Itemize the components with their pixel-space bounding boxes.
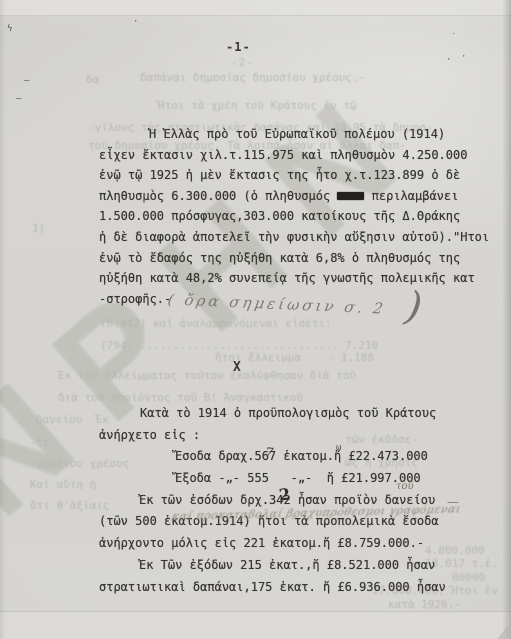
ink-speck: ˙ bbox=[451, 33, 456, 43]
bleedthrough-line: (6.442) καὶ ἀναλαμβανόμεναι εἰσέτι: bbox=[100, 317, 332, 330]
typewritten-line: πληθυσμὸς 6.300.000 (ὁ πληθυσμός περιλαμ… bbox=[99, 189, 479, 210]
ink-redaction-mark bbox=[337, 192, 364, 200]
typewritten-line: ἡ δὲ διαφορὰ ἀποτελεῖ τὴν φυσικὴν αὔξησι… bbox=[99, 230, 479, 251]
bleedthrough-line: Ἐκ τοῦ ἐλλείμματος τούτου ἐκαλύφθησαν δι… bbox=[58, 369, 356, 382]
typewritten-line: Ἔσοδα δραχ.567 ἑκατομ.ἤ £22.473.000 bbox=[99, 449, 479, 471]
bleedthrough-line: ὅτι θ'ἀξίαις bbox=[30, 499, 109, 512]
section-divider-mark: X bbox=[233, 360, 241, 375]
bleedthrough-line: Ἤτοι τὰ χρέη τοῦ Κράτους ἐν τῷ bbox=[158, 99, 357, 112]
ink-speck: · bbox=[461, 52, 466, 62]
bleedthrough-line: δα bbox=[86, 73, 99, 86]
ink-speck: ϟ bbox=[7, 24, 12, 34]
typewritten-line: Ἐκ Τῶν ἐξόδων 215 ἑκατ.,ἤ £8.521.000 ἦσα… bbox=[99, 558, 479, 580]
scan-bottom-edge bbox=[0, 611, 511, 639]
ink-speck: — bbox=[16, 94, 21, 104]
bleedthrough-line: διὰ τοῦ προϊόντος τοῦ Β! Ἀναγκαστικοῦ bbox=[58, 391, 303, 404]
typewritten-line: 1.500.000 πρόσφυγας,303.000 κατοίκους τῆ… bbox=[99, 209, 479, 230]
typewritten-line: Ἡ Ἑλλὰς πρὸ τοῦ Εὐρωπαϊκοῦ πολέμου (1914… bbox=[99, 127, 479, 148]
page-number-ghost: -2- bbox=[231, 56, 254, 69]
ink-speck: · bbox=[446, 55, 451, 65]
typewritten-line: Κατὰ τὸ 1914 ὁ προϋπολογισμὸς τοῦ Κράτου… bbox=[99, 406, 479, 428]
typewritten-line: ἐνῷ τῷ 1925 ἡ μὲν ἔκτασις της ἦτο χ.τ.12… bbox=[99, 168, 479, 189]
scan-top-edge bbox=[0, 0, 511, 16]
handwritten-digit-overstrike: 7 bbox=[264, 446, 274, 462]
ink-speck: · bbox=[133, 17, 138, 27]
typewritten-line: ἀνήρχετο εἰς : bbox=[99, 428, 479, 450]
bleedthrough-line: Καὶ αὕτη ἡ bbox=[30, 478, 96, 491]
bleedthrough-line: δαπάναι δημοσίας δημοσίου χρέους.- bbox=[140, 71, 365, 84]
page-number: -1- bbox=[226, 40, 251, 54]
scanned-document-page: ΝΡΗΝ δαδαπάναι δημοσίας δημοσίου χρέους.… bbox=[0, 0, 511, 639]
bleedthrough-line: -τε bbox=[30, 436, 50, 449]
bleedthrough-line: δανείου Ἐκ bbox=[36, 413, 109, 426]
typewritten-line: εἶχεν ἔκτασιν χιλ.τ.115.975 καὶ πληθυσμὸ… bbox=[99, 148, 479, 169]
page-left-edge-shadow bbox=[0, 0, 6, 639]
corner-fold bbox=[497, 622, 511, 639]
handwritten-word-above-line: τοῦ bbox=[396, 481, 414, 492]
typewritten-line: ἐνῷ τὸ ἔδαφός της ηὐξήθη κατὰ 6,8% ὁ πλη… bbox=[99, 251, 479, 272]
ink-speck: — bbox=[24, 76, 29, 86]
page-right-edge-shadow bbox=[502, 0, 511, 639]
typewritten-line: στρατιωτικαὶ δαπάναι,175 ἑκατ. ἤ £6.936.… bbox=[99, 580, 479, 602]
bleedthrough-line: 1) bbox=[32, 222, 45, 235]
typewritten-line: ἀνήρχοντο μόλις εἰς 221 ἑκατομ.ἤ £8.759.… bbox=[99, 536, 479, 558]
